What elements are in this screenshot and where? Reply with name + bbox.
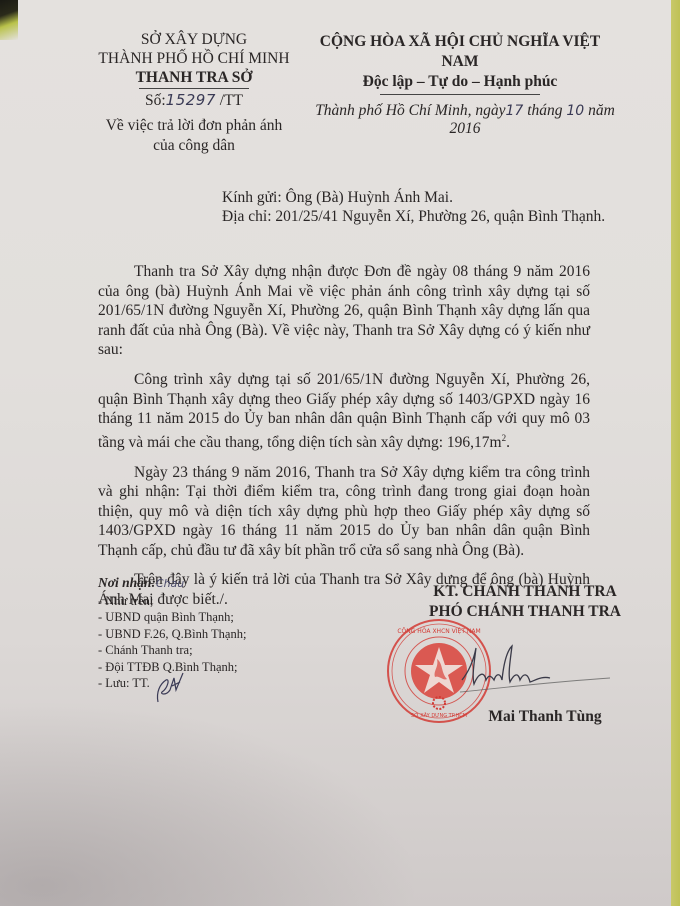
- dateline-prefix: Thành phố Hồ Chí Minh, ngày: [315, 102, 505, 119]
- dateline-day: 17: [506, 103, 524, 119]
- document-subject: Về việc trả lời đơn phản ánh của công dâ…: [80, 116, 308, 156]
- signer-line-1: KT. CHÁNH THANH TRA: [400, 582, 650, 602]
- doc-number-suffix: /TT: [220, 92, 243, 109]
- recipient-address: Địa chỉ: 201/25/41 Nguyễn Xí, Phường 26,…: [222, 207, 605, 226]
- motto-underline: [380, 94, 540, 95]
- distribution-item: - UBND quận Bình Thạnh;: [98, 609, 246, 626]
- recipient-block: Kính gửi: Ông (Bà) Huỳnh Ánh Mai. Địa ch…: [222, 188, 605, 226]
- body-paragraph-2-end: .: [506, 434, 510, 451]
- background-corner: [0, 0, 18, 40]
- background-edge: [671, 0, 680, 906]
- nation-line-1: CỘNG HÒA XÃ HỘI CHỦ NGHĨA VIỆT NAM: [300, 32, 620, 72]
- subject-line-1: Về việc trả lời đơn phản ánh: [80, 116, 308, 136]
- document-number: Số:15297 /TT: [80, 91, 308, 110]
- distribution-item: - UBND F.26, Q.Bình Thạnh;: [98, 626, 246, 643]
- handwritten-signature-icon: [460, 640, 610, 700]
- national-header: CỘNG HÒA XÃ HỘI CHỦ NGHĨA VIỆT NAM Độc l…: [300, 32, 620, 97]
- agency-underline: [139, 88, 249, 89]
- dateline-month: 10: [566, 103, 584, 119]
- letter-body: Thanh tra Sở Xây dựng nhận được Đơn đề n…: [98, 262, 590, 620]
- distribution-item: - Chánh Thanh tra;: [98, 642, 246, 659]
- body-paragraph-3: Ngày 23 tháng 9 năm 2016, Thanh tra Sở X…: [98, 463, 590, 561]
- distribution-handwritten-note: Chau: [156, 577, 184, 590]
- nation-motto: Độc lập – Tự do – Hạnh phúc: [300, 72, 620, 92]
- body-paragraph-2: Công trình xây dựng tại số 201/65/1N đườ…: [98, 370, 590, 453]
- agency-line-2: THÀNH PHỐ HỒ CHÍ MINH: [80, 49, 308, 68]
- signer-name: Mai Thanh Tùng: [440, 708, 650, 726]
- agency-header: SỞ XÂY DỰNG THÀNH PHỐ HỒ CHÍ MINH THANH …: [80, 30, 308, 156]
- recipient-to: Kính gửi: Ông (Bà) Huỳnh Ánh Mai.: [222, 188, 605, 207]
- dateline: Thành phố Hồ Chí Minh, ngày17 tháng 10 n…: [300, 102, 630, 138]
- handwritten-initials-icon: [150, 670, 188, 704]
- agency-line-1: SỞ XÂY DỰNG: [80, 30, 308, 49]
- distribution-item: - Như trên;: [98, 593, 246, 610]
- distribution-title: Nơi nhận:: [98, 575, 156, 590]
- subject-line-2: của công dân: [80, 136, 308, 156]
- doc-number-value: 15297: [166, 91, 216, 109]
- signer-title: KT. CHÁNH THANH TRA PHÓ CHÁNH THANH TRA: [400, 582, 650, 622]
- svg-text:CỘNG HÒA XHCN VIỆT NAM: CỘNG HÒA XHCN VIỆT NAM: [397, 627, 480, 635]
- doc-number-prefix: Số:: [145, 92, 166, 109]
- body-paragraph-1: Thanh tra Sở Xây dựng nhận được Đơn đề n…: [98, 262, 590, 360]
- body-paragraph-2-text: Công trình xây dựng tại số 201/65/1N đườ…: [98, 371, 590, 451]
- dateline-month-label: tháng: [527, 102, 562, 119]
- agency-line-3: THANH TRA SỞ: [80, 68, 308, 87]
